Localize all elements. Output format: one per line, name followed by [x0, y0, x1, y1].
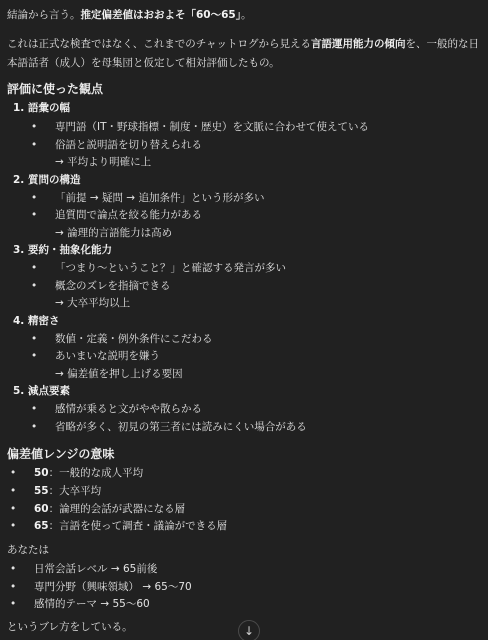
result-line: → 論理的言語能力は高め — [55, 224, 172, 242]
conclusion-paragraph: 結論から言う。推定偏差値はおおよそ「60〜65」。 — [7, 6, 251, 24]
criteria-item-3: 3.要約・抽象化能力 — [13, 241, 112, 259]
criteria-item-5: 5.減点要素 — [13, 382, 70, 400]
scroll-to-bottom-button[interactable]: ↓ — [238, 620, 260, 640]
result-line: → 平均より明確に上 — [55, 153, 151, 171]
section-heading-range: 偏差値レンジの意味 — [7, 445, 114, 463]
criteria-item-2: 2.質問の構造 — [13, 171, 81, 189]
arrow-down-icon: ↓ — [244, 622, 254, 640]
conclusion-bold: 推定偏差値はおおよそ「60〜65」 — [81, 9, 241, 21]
intro-paragraph: これは正式な検査ではなく、これまでのチャットログから見える言語運用能力の傾向を、… — [7, 35, 483, 73]
result-line: → 大卒平均以上 — [55, 294, 130, 312]
section-heading-criteria: 評価に使った観点 — [7, 80, 103, 98]
closing-line: というブレ方をしている。 — [7, 618, 133, 636]
result-line: → 偏差値を押し上げる要因 — [55, 365, 183, 383]
you-label: あなたは — [7, 541, 49, 559]
criteria-item-4: 4.精密さ — [13, 312, 60, 330]
criteria-item-1: 1.語彙の幅 — [13, 99, 70, 117]
